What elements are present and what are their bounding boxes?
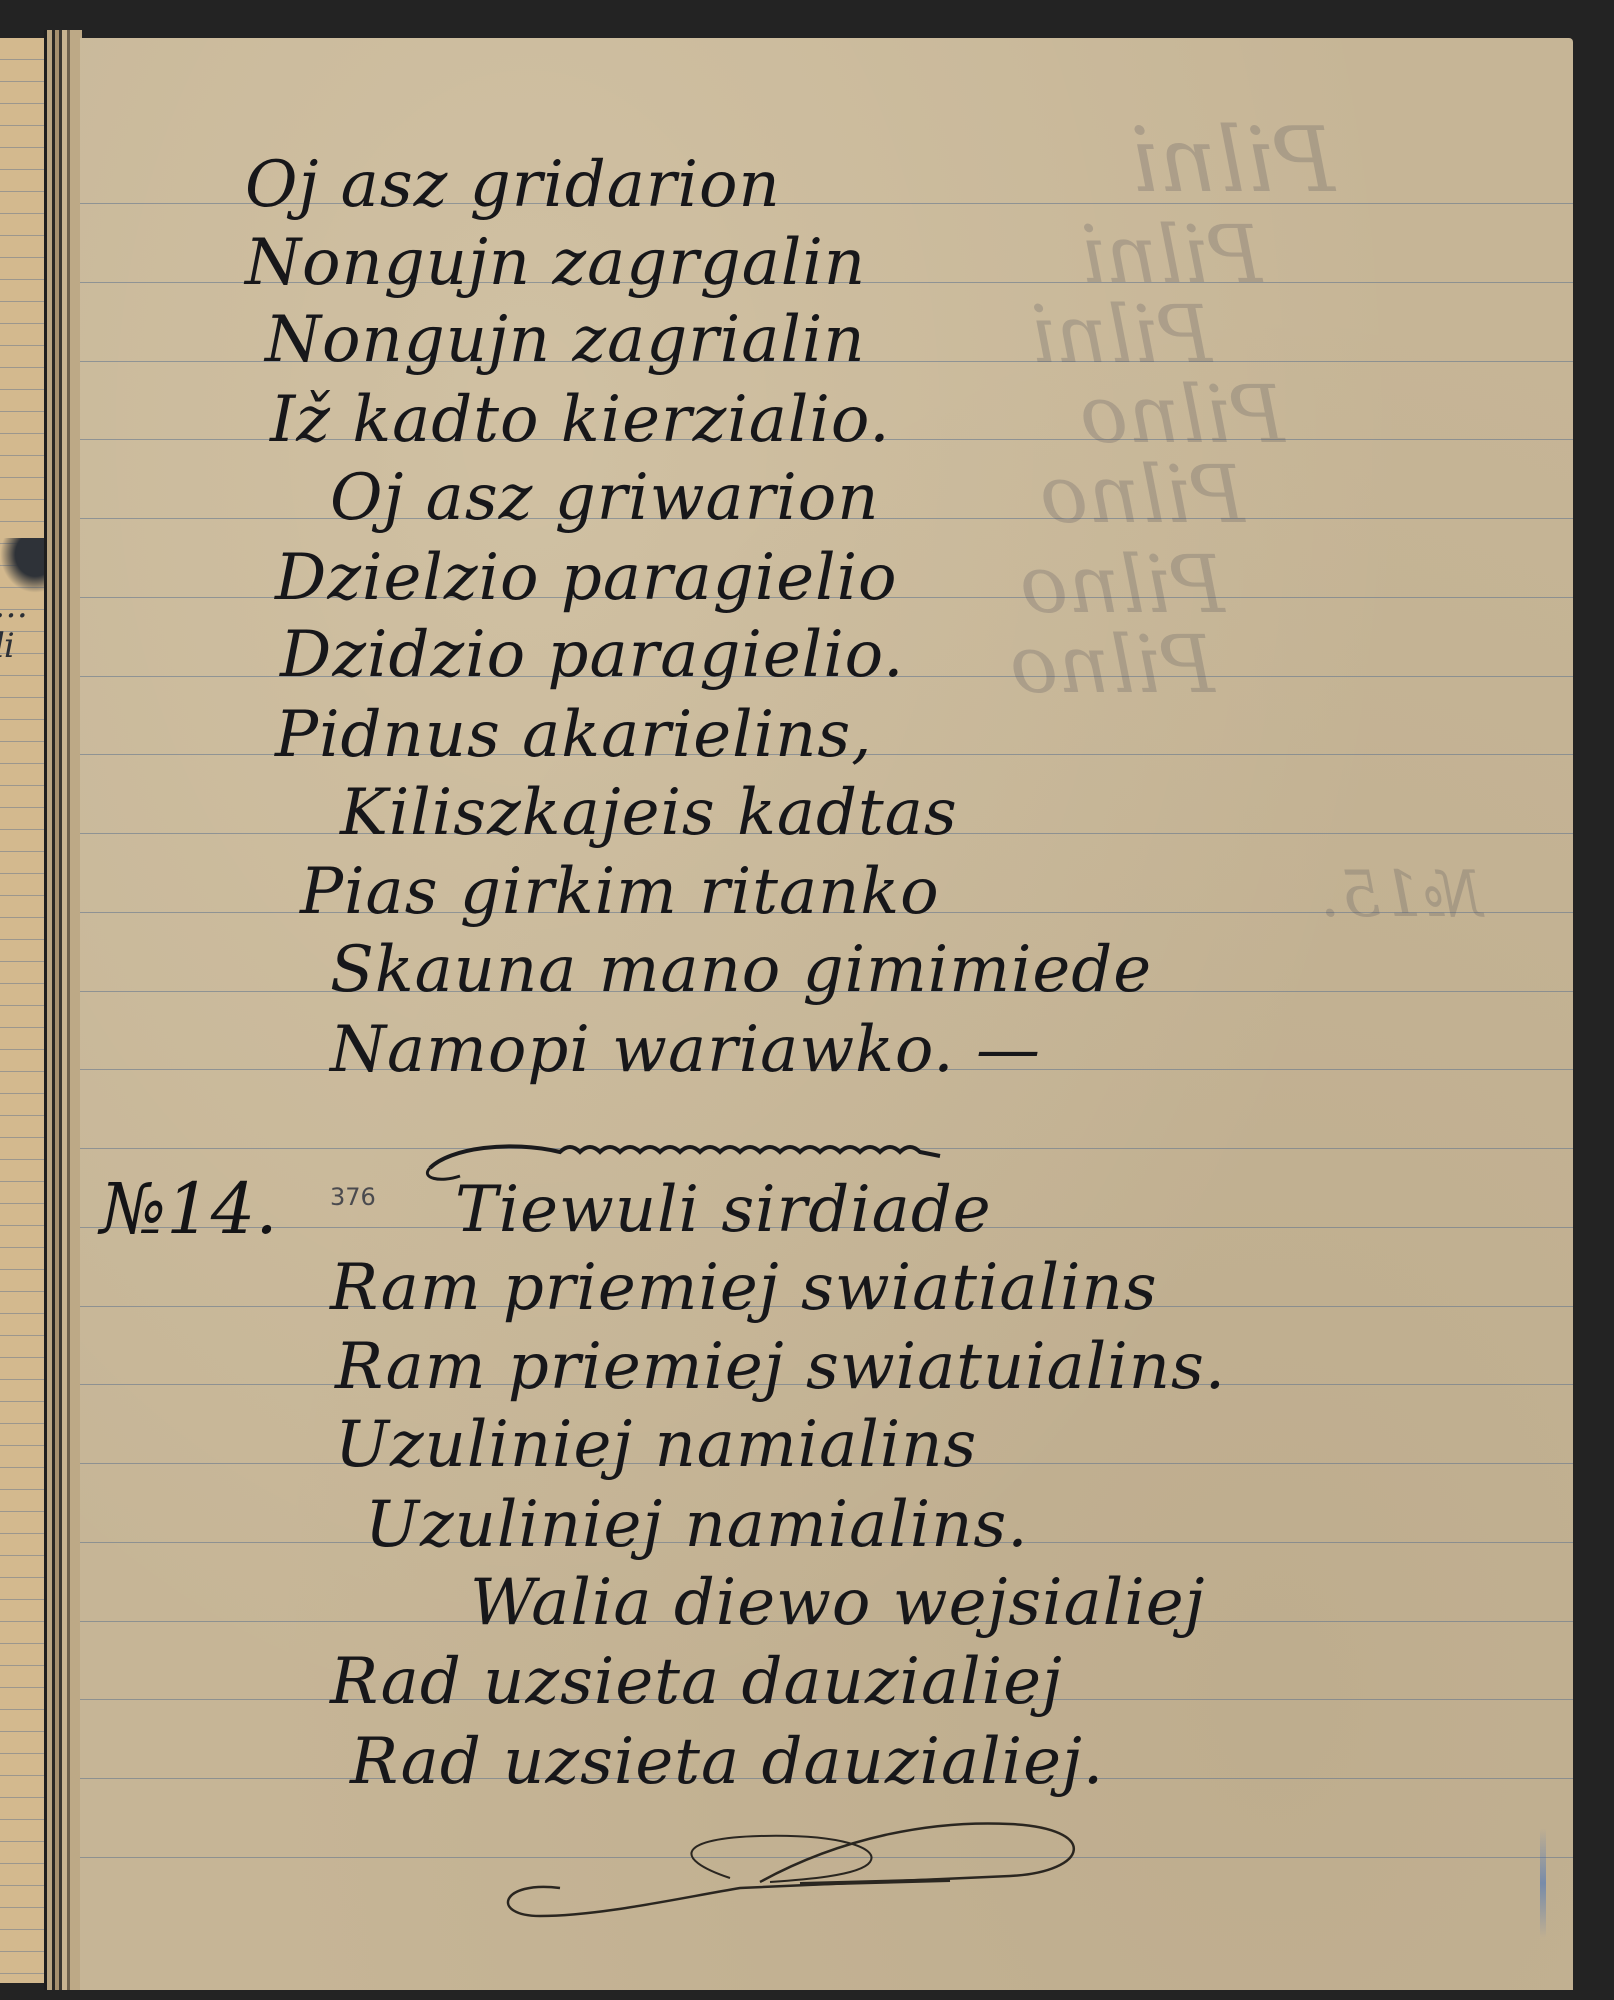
verse-line: Uzuliniej namialins.: [365, 1493, 1029, 1557]
bleed-through-text: Pilni: [1130, 108, 1335, 213]
closing-flourish: [480, 1818, 1200, 1938]
verse-line: Pias girkim ritanko: [300, 860, 940, 924]
adjacent-page-text-fragment: …li: [0, 586, 44, 666]
verse-line: Ram priemiej swiatuialins.: [335, 1335, 1226, 1399]
verse-line: Kiliszkajeis kadtas: [340, 781, 958, 845]
manuscript-page: Pilni Pilni Pilni Pilno Pilno Pilno Piln…: [80, 38, 1573, 1990]
pencil-annotation-number: 376: [330, 1183, 376, 1211]
verse-line: Oj asz gridarion: [245, 153, 781, 217]
bleed-through-text: Pilno: [1040, 448, 1245, 541]
song-number-mark: №14.: [100, 1168, 278, 1250]
verse-line: Nongujn zagrgalin: [245, 231, 866, 295]
verse-line: Rad uzsieta dauzialiej: [330, 1650, 1063, 1714]
ink-blot: [0, 538, 44, 593]
song-title: Tiewuli sirdiade: [455, 1178, 992, 1242]
verse-line: Dzielzio paragielio: [275, 546, 898, 610]
notebook-binding: [44, 30, 82, 1990]
verse-line: Namopi wariawko. —: [330, 1018, 1041, 1082]
blue-pencil-mark: [1540, 1828, 1546, 1938]
verse-line: Pidnus akarielins,: [275, 703, 873, 767]
verse-line: Oj asz griwarion: [330, 466, 880, 530]
verse-line: Iž kadto kierzialio.: [270, 388, 891, 452]
verse-line: Ram priemiej swiatialins: [330, 1256, 1158, 1320]
verse-line: Rad uzsieta dauzialiej.: [350, 1730, 1104, 1794]
verse-line: Nongujn zagrialin: [265, 308, 866, 372]
verse-line: Uzuliniej namialins: [335, 1413, 977, 1477]
verse-line: Dzidzio paragielio.: [280, 623, 904, 687]
adjacent-left-page: …li: [0, 38, 44, 1983]
bleed-through-text: №15.: [1320, 858, 1482, 932]
verse-line: Walia diewo wejsialiej: [470, 1571, 1205, 1635]
verse-line: Skauna mano gimimiede: [330, 938, 1152, 1002]
bleed-through-text: Pilno: [1010, 618, 1215, 711]
